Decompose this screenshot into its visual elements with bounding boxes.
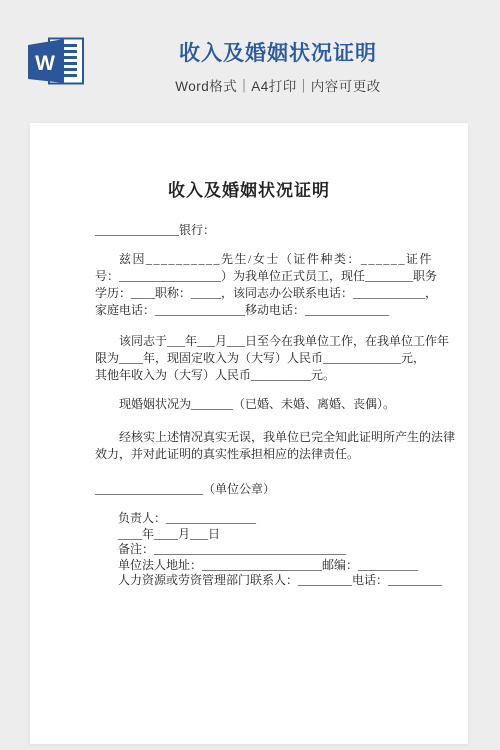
header: W 收入及婚姻状况证明 Word格式｜A4打印｜内容可更改: [0, 0, 500, 123]
doc-line: 限为____年，现固定收入为（大写）人民币_____________元，: [95, 350, 438, 367]
responsible-person-line: 负责人：_______________: [118, 511, 438, 527]
marital-status-line: 现婚姻状况为_______（已婚、未婚、离婚、丧偶）。: [95, 396, 438, 413]
company-address-line: 单位法人地址：____________________邮编：__________: [118, 558, 438, 574]
doc-line: 该同志于___年___月___日至今在我单位工作，在我单位工作年: [95, 333, 438, 350]
legal-paragraph: 经核实上述情况真实无误，我单位已完全知此证明所产生的法律 效力，并对此证明的真实…: [95, 429, 438, 463]
income-paragraph: 该同志于___年___月___日至今在我单位工作，在我单位工作年 限为____年…: [95, 333, 438, 384]
doc-line: 经核实上述情况真实无误，我单位已完全知此证明所产生的法律: [95, 429, 438, 446]
doc-line: 家庭电话：_______________移动电话：______________: [95, 302, 438, 319]
doc-line: 兹因__________先生/女士（证件种类：______证件: [95, 251, 438, 268]
header-text: 收入及婚姻状况证明 Word格式｜A4打印｜内容可更改: [0, 42, 500, 95]
marital-status-line-wrap: 现婚姻状况为_______（已婚、未婚、离婚、丧偶）。: [95, 396, 438, 413]
doc-line: 学历：____职称：_____，该同志办公联系电话：____________，: [95, 285, 438, 302]
document-page: 收入及婚姻状况证明 ______________银行： 兹因__________…: [30, 123, 468, 744]
document-title: 收入及婚姻状况证明: [60, 180, 438, 202]
company-seal-line-wrap: __________________（单位公章）: [95, 481, 438, 498]
page-subtitle: Word格式｜A4打印｜内容可更改: [56, 75, 500, 95]
doc-line: 效力，并对此证明的真实性承担相应的法律责任。: [95, 446, 438, 463]
date-line: ____年____月___日: [118, 527, 438, 543]
page-title: 收入及婚姻状况证明: [56, 42, 500, 66]
signature-block: 负责人：_______________ ____年____月___日 备注：__…: [118, 511, 438, 589]
remarks-line: 备注：________________________________: [118, 542, 438, 558]
doc-line: 其他年收入为（大写）人民币__________元。: [95, 367, 438, 384]
identity-paragraph: 兹因__________先生/女士（证件种类：______证件 号：______…: [95, 251, 438, 319]
company-seal-line: __________________（单位公章）: [95, 481, 438, 498]
doc-line: 号：_________________）为我单位正式员工，现任________职…: [95, 268, 438, 285]
bank-line: ______________银行：: [95, 222, 438, 239]
hr-contact-line: 人力资源或劳资管理部门联系人：_________电话：_________: [118, 573, 438, 589]
